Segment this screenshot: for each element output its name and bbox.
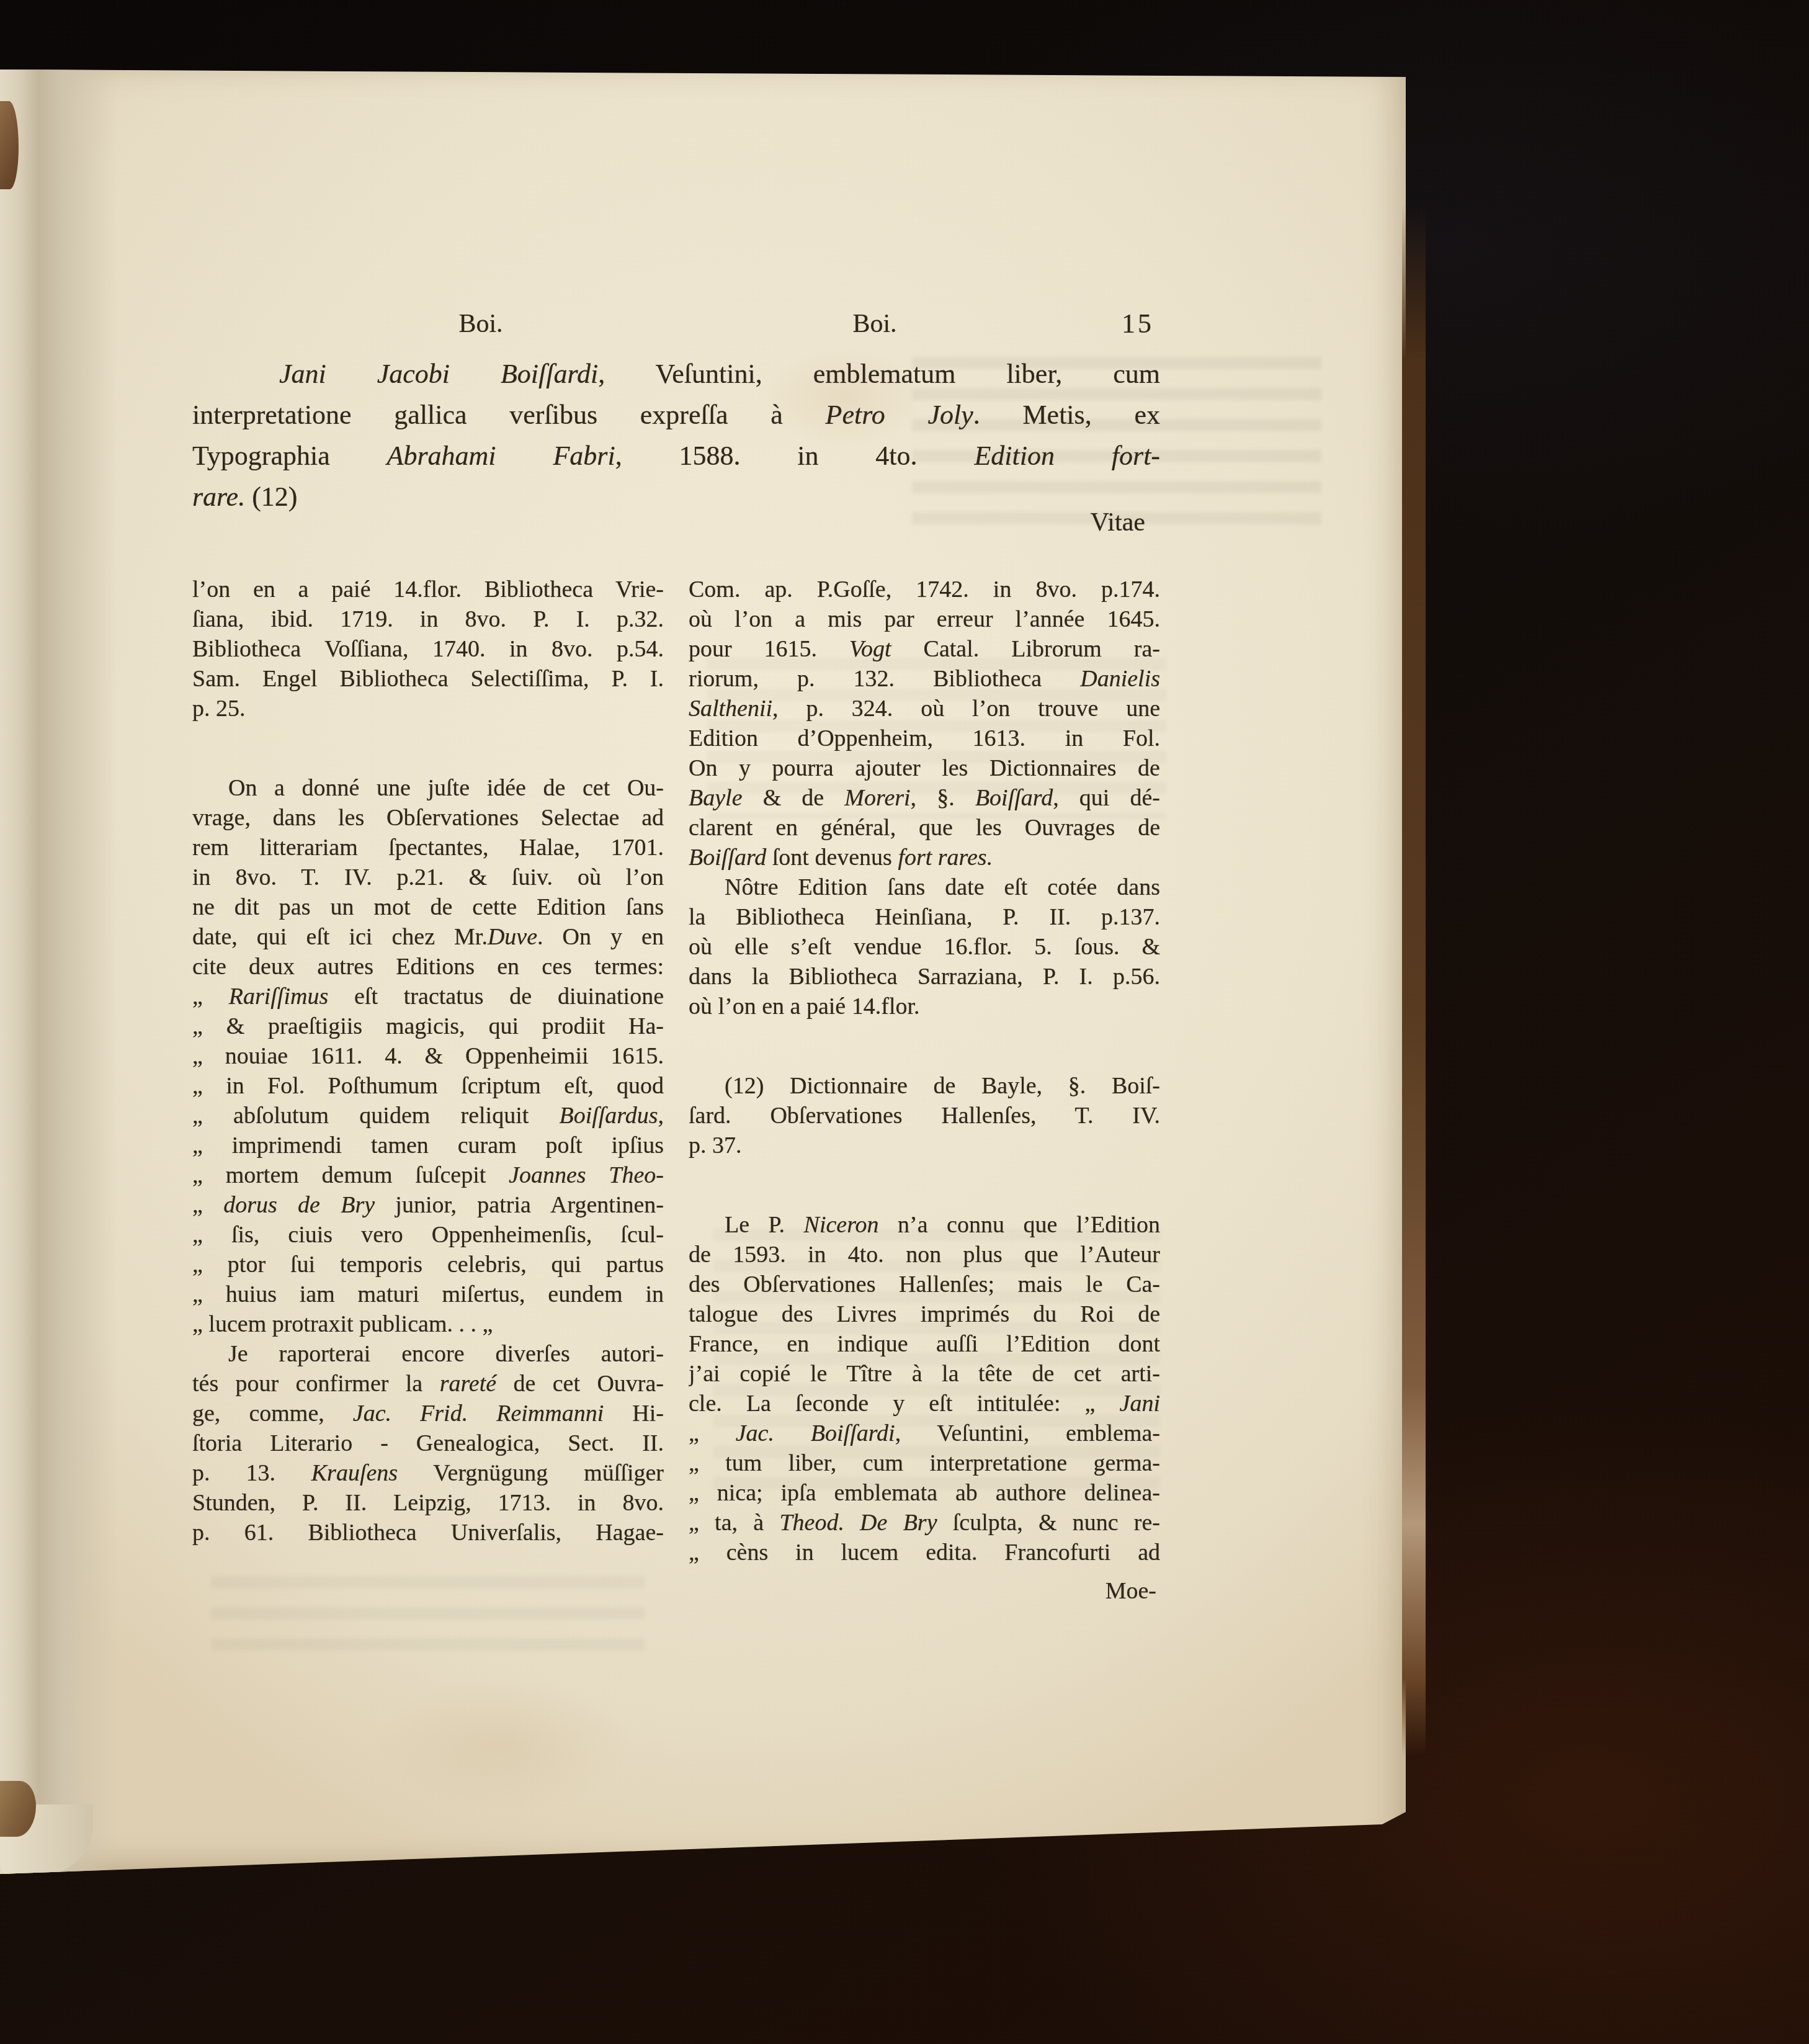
text-line: rem litterariam ſpectantes, Halae, 1701. xyxy=(192,833,664,863)
paragraph: Com. ap. P.Goſſe, 1742. in 8vo. p.174.où… xyxy=(689,575,1160,872)
text-line: „ ſis, ciuis vero Oppenheimenſis, ſcul- xyxy=(192,1220,664,1250)
text-line: p. 37. xyxy=(689,1131,1160,1160)
paragraph: l’on en a paié 14.flor. Bibliotheca Vrie… xyxy=(192,575,664,724)
text-line: ſard. Obſervationes Hallenſes, T. IV. xyxy=(689,1101,1160,1131)
text-line: talogue des Livres imprimés du Roi de xyxy=(689,1299,1160,1329)
text-line: interpretatione gallica verſibus expreſſ… xyxy=(192,395,1160,436)
running-title-right: Boi. xyxy=(813,309,937,339)
text-line: Salthenii, p. 324. où l’on trouve une xyxy=(689,694,1160,724)
text-line: où l’on a mis par erreur l’année 1645. xyxy=(689,604,1160,634)
text-line: l’on en a paié 14.flor. Bibliotheca Vrie… xyxy=(192,575,664,604)
right-column-paragraphs: Com. ap. P.Goſſe, 1742. in 8vo. p.174.où… xyxy=(689,575,1160,1567)
text-line: cle. La ſeconde y eſt intitulée: „ Jani xyxy=(689,1389,1160,1419)
text-line: France, en indique auſſi l’Edition dont xyxy=(689,1329,1160,1359)
paragraph: (12) Dictionnaire de Bayle, §. Boiſ-ſard… xyxy=(689,1071,1160,1160)
text-line: Boiſſard ſont devenus fort rares. xyxy=(689,843,1160,872)
text-line: ſiana, ibid. 1719. in 8vo. P. I. p.32. xyxy=(192,604,664,634)
left-column: l’on en a paié 14.flor. Bibliotheca Vrie… xyxy=(192,575,664,1548)
entry-title-paragraph: Jani Jacobi Boiſſardi, Veſuntini, emblem… xyxy=(192,354,1160,518)
paragraph: Jani Jacobi Boiſſardi, Veſuntini, emblem… xyxy=(192,354,1160,518)
paragraph: Nôtre Edition ſans date eſt cotée dansla… xyxy=(689,872,1160,1021)
text-line: date, qui eſt ici chez Mr.Duve. On y en xyxy=(192,922,664,952)
vitae-catchword: Vitae xyxy=(1091,508,1145,537)
right-column: Com. ap. P.Goſſe, 1742. in 8vo. p.174.où… xyxy=(689,575,1160,1606)
text-line: de 1593. in 4to. non plus que l’Auteur xyxy=(689,1240,1160,1270)
text-line: p. 25. xyxy=(192,694,664,724)
paragraph: Je raporterai encore diverſes autori-tés… xyxy=(192,1339,664,1548)
text-line: ge, comme, Jac. Frid. Reimmanni Hi- xyxy=(192,1399,664,1428)
text-line: pour 1615. Vogt Catal. Librorum ra- xyxy=(689,634,1160,664)
catchword: Moe- xyxy=(689,1576,1160,1606)
paper-stain xyxy=(372,1675,633,1812)
text-line: dans la Bibliotheca Sarraziana, P. I. p.… xyxy=(689,962,1160,992)
text-line: Com. ap. P.Goſſe, 1742. in 8vo. p.174. xyxy=(689,575,1160,604)
text-line: „ Jac. Boiſſardi, Veſuntini, emblema- xyxy=(689,1419,1160,1448)
text-line: riorum, p. 132. Bibliotheca Danielis xyxy=(689,664,1160,694)
book-fore-edge xyxy=(1402,205,1426,1756)
text-line: vrage, dans les Obſervationes Selectae a… xyxy=(192,803,664,833)
text-line: On y pourra ajouter les Dictionnaires de xyxy=(689,753,1160,783)
verso-show-through xyxy=(211,1576,645,1657)
text-line: Bayle & de Moreri, §. Boiſſard, qui dé- xyxy=(689,783,1160,813)
gutter-shadow xyxy=(0,69,118,1874)
text-line: „ cèns in lucem edita. Francofurti ad xyxy=(689,1538,1160,1567)
text-line: „ dorus de Bry junior, patria Argentinen… xyxy=(192,1190,664,1220)
text-line: „ huius iam maturi miſertus, eundem in xyxy=(192,1280,664,1309)
page-number: 15 xyxy=(1122,308,1154,339)
text-line: „ tum liber, cum interpretatione germa- xyxy=(689,1448,1160,1478)
text-line: Jani Jacobi Boiſſardi, Veſuntini, emblem… xyxy=(192,354,1160,395)
running-title-left: Boi. xyxy=(419,309,543,339)
text-line: On a donné une juſte idée de cet Ou- xyxy=(192,773,664,803)
text-line: j’ai copié le Tître à la tête de cet art… xyxy=(689,1359,1160,1389)
text-line: Nôtre Edition ſans date eſt cotée dans xyxy=(689,872,1160,902)
text-line: Sam. Engel Bibliotheca Selectiſſima, P. … xyxy=(192,664,664,694)
text-line: rare. (12) xyxy=(192,477,1160,518)
running-head: Boi. Boi. 15 xyxy=(192,309,1160,349)
text-line: „ lucem protraxit publicam. . . „ xyxy=(192,1309,664,1339)
text-line: Edition d’Oppenheim, 1613. in Fol. xyxy=(689,724,1160,753)
text-line: „ in Fol. Poſthumum ſcriptum eſt, quod xyxy=(192,1071,664,1101)
text-line: cite deux autres Editions en ces termes: xyxy=(192,952,664,982)
paragraph: On a donné une juſte idée de cet Ou-vrag… xyxy=(192,773,664,1339)
text-line: Typographia Abrahami Fabri, 1588. in 4to… xyxy=(192,436,1160,477)
text-line: „ & praeſtigiis magicis, qui prodiit Ha- xyxy=(192,1011,664,1041)
text-line: „ ta, à Theod. De Bry ſculpta, & nunc re… xyxy=(689,1508,1160,1538)
text-line: Le P. Niceron n’a connu que l’Edition xyxy=(689,1210,1160,1240)
text-line: Bibliotheca Voſſiana, 1740. in 8vo. p.54… xyxy=(192,634,664,664)
text-line: „ ptor ſui temporis celebris, qui partus xyxy=(192,1250,664,1280)
text-line: „ imprimendi tamen curam poſt ipſius xyxy=(192,1131,664,1160)
text-line: p. 13. Krauſens Vergnügung müſſiger xyxy=(192,1458,664,1488)
printed-text-block: Boi. Boi. 15 Jani Jacobi Boiſſardi, Veſu… xyxy=(192,309,1160,349)
text-line: Je raporterai encore diverſes autori- xyxy=(192,1339,664,1369)
text-line: ne dit pas un mot de cette Edition ſans xyxy=(192,892,664,922)
text-line: (12) Dictionnaire de Bayle, §. Boiſ- xyxy=(689,1071,1160,1101)
text-line: où l’on en a paié 14.flor. xyxy=(689,992,1160,1021)
binding-fragment-top xyxy=(0,101,19,189)
text-line: où elle s’eſt vendue 16.flor. 5. ſous. & xyxy=(689,932,1160,962)
text-line: „ Rariſſimus eſt tractatus de diuination… xyxy=(192,982,664,1011)
text-line: in 8vo. T. IV. p.21. & ſuiv. où l’on xyxy=(192,863,664,892)
text-line: p. 61. Bibliotheca Univerſalis, Hagae- xyxy=(192,1518,664,1548)
text-line: tés pour confirmer la rareté de cet Ouvr… xyxy=(192,1369,664,1399)
text-line: „ nouiae 1611. 4. & Oppenheimii 1615. xyxy=(192,1041,664,1071)
text-line: „ mortem demum ſuſcepit Joannes Theo- xyxy=(192,1160,664,1190)
text-line: Stunden, P. II. Leipzig, 1713. in 8vo. xyxy=(192,1488,664,1518)
text-line: ſtoria Literario - Genealogica, Sect. II… xyxy=(192,1428,664,1458)
text-line: des Obſervationes Hallenſes; mais le Ca- xyxy=(689,1270,1160,1299)
text-line: „ nica; ipſa emblemata ab authore deline… xyxy=(689,1478,1160,1508)
text-line: la Bibliotheca Heinſiana, P. II. p.137. xyxy=(689,902,1160,932)
paragraph: Le P. Niceron n’a connu que l’Editionde … xyxy=(689,1210,1160,1567)
text-line: clarent en général, que les Ouvrages de xyxy=(689,813,1160,843)
scanned-book-photo: Boi. Boi. 15 Jani Jacobi Boiſſardi, Veſu… xyxy=(0,0,1809,2044)
text-line: „ abſolutum quidem reliquit Boiſſardus, xyxy=(192,1101,664,1131)
